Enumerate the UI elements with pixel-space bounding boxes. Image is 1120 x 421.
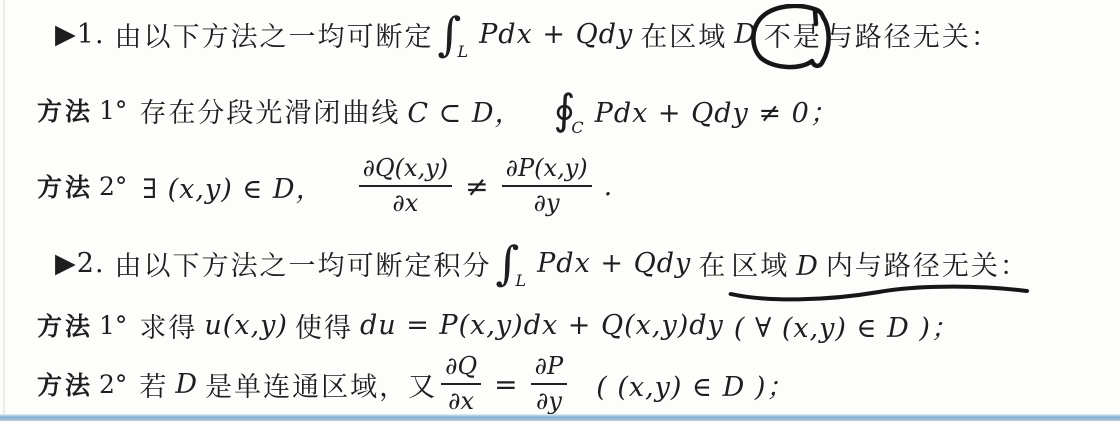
method-label: 方法 bbox=[37, 366, 93, 402]
line-integral-symbol: ∫L bbox=[496, 240, 531, 286]
statement-1-mid-text: 在区域 bbox=[640, 15, 727, 54]
integrand-expression: Pdx + Qdy bbox=[479, 19, 633, 50]
method-2-row-part2: 方法 2° 若 D 是单连通区域，又 ∂Q ∂x = ∂P ∂y ( (x,y)… bbox=[37, 352, 799, 416]
bullet-item-1: ▶1. bbox=[55, 19, 105, 50]
domain-symbol-D: D bbox=[734, 19, 757, 50]
differential-equation: du = P(x,y)dx + Q(x,y)dy bbox=[360, 310, 724, 341]
integral-subscript: L bbox=[458, 42, 469, 61]
partial-P-fraction: ∂P(x,y) ∂y bbox=[502, 156, 592, 216]
forall-condition: ( ∀ (x,y) ∈ D )； bbox=[734, 306, 959, 345]
statement-1-lead-text: 由以下方法之一均可断定 bbox=[115, 15, 434, 54]
statement-2-mid-text: 在 bbox=[698, 244, 727, 283]
subset-expression: C ⊂ D， bbox=[407, 91, 522, 130]
underlined-text-tail: 内与路径无关： bbox=[826, 251, 1029, 281]
partial-P-fraction: ∂P ∂y bbox=[531, 354, 568, 414]
exists-expression: ∃ (x,y) ∈ D， bbox=[142, 167, 323, 206]
simply-connected-text: 是单连通区域，又 bbox=[205, 365, 437, 404]
partial-Q-fraction: ∂Q ∂x bbox=[441, 354, 481, 414]
underlined-text-region: 区域 bbox=[731, 251, 789, 281]
contour-integral-subscript: C bbox=[571, 118, 583, 137]
fraction-denominator: ∂y bbox=[534, 187, 560, 216]
potential-function: u(x,y) bbox=[204, 310, 288, 341]
bottom-scan-edge-band bbox=[0, 414, 1120, 421]
method-number: 1° bbox=[99, 311, 127, 340]
method-label: 方法 bbox=[37, 168, 93, 204]
such-that-text: 使得 bbox=[295, 306, 353, 345]
integral-subscript: L bbox=[516, 271, 527, 290]
method-1-row-part1: 方法 1° 存在分段光滑闭曲线 C ⊂ D， ∮C Pdx + Qdy ≠ 0； bbox=[37, 80, 843, 140]
partial-Q-fraction: ∂Q(x,y) ∂x bbox=[359, 156, 453, 216]
sentence-period: . bbox=[604, 171, 614, 202]
fraction-denominator: ∂x bbox=[392, 187, 418, 216]
line-integral-symbol: ∫L bbox=[438, 11, 473, 57]
method-label: 方法 bbox=[37, 92, 93, 128]
fraction-numerator: ∂Q(x,y) bbox=[359, 156, 453, 187]
page-edge-line bbox=[3, 0, 5, 421]
scanned-textbook-page: ▶1. 由以下方法之一均可断定 ∫L Pdx + Qdy 在区域 D 不是 与路… bbox=[0, 0, 1120, 421]
fraction-denominator: ∂y bbox=[536, 385, 562, 414]
domain-symbol-D: D bbox=[796, 251, 819, 282]
circled-phrase: 不是 bbox=[764, 22, 822, 52]
not-equal-sign: ≠ bbox=[465, 170, 488, 203]
circled-phrase-wrap: 不是 bbox=[762, 15, 824, 54]
method-number: 2° bbox=[99, 172, 127, 201]
statement-1-row: ▶1. 由以下方法之一均可断定 ∫L Pdx + Qdy 在区域 D 不是 与路… bbox=[55, 4, 1002, 64]
find-text: 求得 bbox=[139, 306, 197, 345]
fraction-denominator: ∂x bbox=[448, 385, 474, 414]
statement-1-tail-text: 与路径无关： bbox=[826, 15, 1000, 54]
method-1-text: 存在分段光滑闭曲线 bbox=[139, 91, 400, 130]
underlined-phrase-wrap: 区域D内与路径无关： bbox=[729, 244, 1031, 283]
fraction-numerator: ∂P bbox=[531, 354, 568, 385]
contour-integrand-expression: Pdx + Qdy ≠ 0； bbox=[595, 91, 838, 130]
integrand-expression: Pdx + Qdy bbox=[537, 248, 691, 279]
membership-condition: ( (x,y) ∈ D )； bbox=[596, 365, 794, 404]
method-2-row-part1: 方法 2° ∃ (x,y) ∈ D， ∂Q(x,y) ∂x ≠ ∂P(x,y) … bbox=[37, 148, 618, 224]
domain-symbol-D: D bbox=[175, 369, 198, 400]
if-text: 若 bbox=[139, 365, 168, 404]
bullet-item-2: ▶2. bbox=[55, 248, 105, 279]
method-1-row-part2: 方法 1° 求得 u(x,y) 使得 du = P(x,y)dx + Q(x,y… bbox=[37, 298, 964, 352]
method-number: 2° bbox=[99, 370, 127, 399]
fraction-numerator: ∂Q bbox=[441, 354, 481, 385]
statement-2-row: ▶2. 由以下方法之一均可断定积分 ∫L Pdx + Qdy 在 区域D内与路径… bbox=[55, 232, 1031, 294]
contour-integral-symbol: ∮C bbox=[554, 89, 588, 131]
fraction-numerator: ∂P(x,y) bbox=[502, 156, 592, 187]
equal-sign: = bbox=[494, 368, 517, 401]
method-number: 1° bbox=[99, 96, 127, 125]
statement-2-lead-text: 由以下方法之一均可断定积分 bbox=[115, 244, 492, 283]
method-label: 方法 bbox=[37, 307, 93, 343]
